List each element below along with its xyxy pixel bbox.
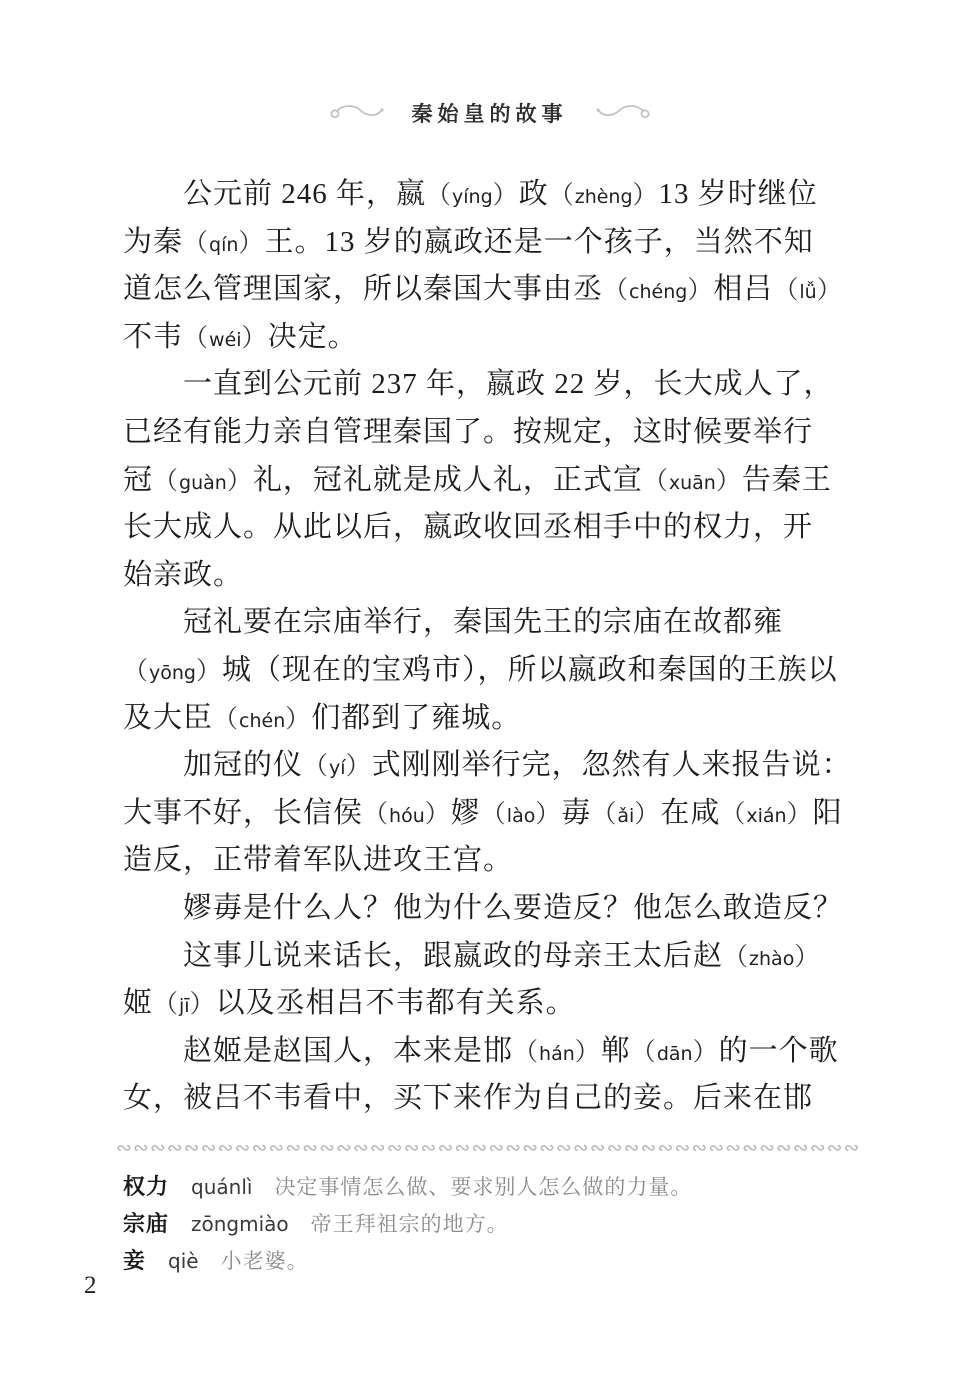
page-header: 秦始皇的故事	[0, 98, 979, 128]
scroll-divider-ornament: ∾∾∾∾∾∾∾∾∾∾∾∾∾∾∾∾∾∾∾∾∾∾∾∾∾∾∾∾∾∾∾∾∾∾∾∾∾∾∾∾…	[116, 1134, 864, 1162]
body-line: 造反，正带着军队进攻王宫。	[123, 837, 860, 885]
body-line: 始亲政。	[123, 552, 860, 600]
body-line: 已经有能力亲自管理秦国了。按规定，这时候要举行	[123, 409, 860, 457]
page-number: 2	[84, 1272, 97, 1300]
body-line: 这事儿说来话长，跟嬴政的母亲王太后赵（zhào）	[123, 933, 860, 981]
body-line: 长大成人。从此以后，嬴政收回丞相手中的权力，开	[123, 504, 860, 552]
page-title: 秦始皇的故事	[412, 98, 568, 128]
footnote-pinyin: qiè	[168, 1243, 199, 1280]
footnote-definition: 帝王拜祖宗的地方。	[311, 1206, 509, 1243]
body-line: 为秦（qín）王。13 岁的嬴政还是一个孩子，当然不知	[123, 219, 860, 267]
footnote-term: 妾	[123, 1242, 146, 1279]
body-line: 及大臣（chén）们都到了雍城。	[123, 695, 860, 743]
footnote-pinyin: zōngmiào	[191, 1206, 289, 1243]
footnote-definition: 决定事情怎么做、要求别人怎么做的力量。	[274, 1169, 692, 1206]
footnote-row: 权力 quánlì 决定事情怎么做、要求别人怎么做的力量。	[123, 1168, 860, 1205]
footnotes: 权力 quánlì 决定事情怎么做、要求别人怎么做的力量。 宗庙 zōngmià…	[123, 1168, 860, 1279]
body-line: 嫪毐是什么人？他为什么要造反？他怎么敢造反？	[123, 885, 860, 933]
body-text: 公元前 246 年，嬴（yíng）政（zhèng）13 岁时继位 为秦（qín）…	[123, 171, 860, 1123]
footnote-term: 权力	[123, 1168, 169, 1205]
footnote-term: 宗庙	[123, 1205, 169, 1242]
body-line: 不韦（wéi）决定。	[123, 314, 860, 362]
footnote-row: 妾 qiè 小老婆。	[123, 1242, 860, 1279]
footnote-definition: 小老婆。	[221, 1243, 309, 1280]
footnote-pinyin: quánlì	[191, 1169, 252, 1206]
swirl-ornament-right-icon	[594, 102, 652, 124]
body-line: 赵姬是赵国人，本来是邯（hán）郸（dān）的一个歌	[123, 1028, 860, 1076]
body-line: 冠礼要在宗庙举行，秦国先王的宗庙在故都雍	[123, 599, 860, 647]
body-line: 女，被吕不韦看中，买下来作为自己的妾。后来在邯	[123, 1075, 860, 1123]
book-page: 秦始皇的故事 公元前 246 年，嬴（yíng）政（zhèng）13 岁时继位 …	[0, 0, 979, 1400]
body-line: 加冠的仪（yí）式刚刚举行完，忽然有人来报告说：	[123, 742, 860, 790]
body-line: 冠（guàn）礼，冠礼就是成人礼，正式宣（xuān）告秦王	[123, 457, 860, 505]
body-line: 道怎么管理国家，所以秦国大事由丞（chéng）相吕（lǚ）	[123, 266, 860, 314]
body-line: （yōng）城（现在的宝鸡市），所以嬴政和秦国的王族以	[123, 647, 860, 695]
body-line: 一直到公元前 237 年，嬴政 22 岁，长大成人了，	[123, 361, 860, 409]
body-line: 姬（jī）以及丞相吕不韦都有关系。	[123, 980, 860, 1028]
swirl-ornament-left-icon	[328, 102, 386, 124]
body-line: 公元前 246 年，嬴（yíng）政（zhèng）13 岁时继位	[123, 171, 860, 219]
body-line: 大事不好，长信侯（hóu）嫪（lào）毐（ǎi）在咸（xián）阳	[123, 790, 860, 838]
footnote-row: 宗庙 zōngmiào 帝王拜祖宗的地方。	[123, 1205, 860, 1242]
